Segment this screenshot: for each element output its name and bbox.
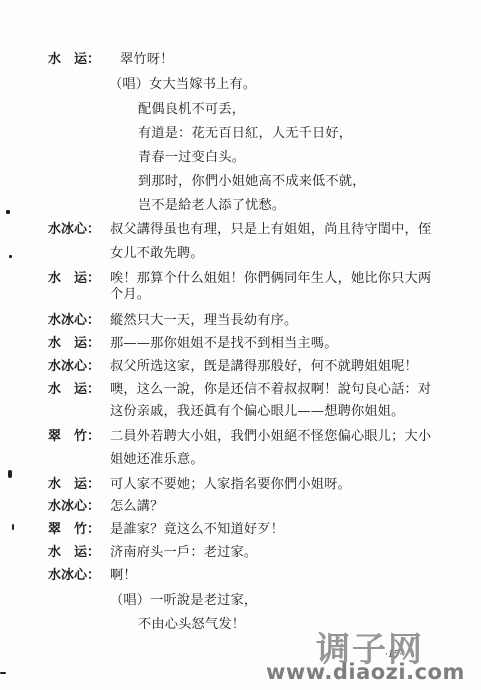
speaker-label: 翠 竹：	[48, 429, 116, 445]
dialogue-text: 那——那你姐姐不是找不到相当主嗎。	[110, 336, 338, 352]
song-text: （唱）一听說是老过家，	[110, 593, 257, 609]
song-text: 到那时，你們小姐她高不成来低不就，	[138, 174, 366, 190]
speaker-label: 水冰心：	[48, 222, 116, 238]
dialogue-text: 唉！那算个什么姐姐！你們俩同年生人，她比你只大两	[110, 271, 431, 287]
dialogue-text: 可人家不要她；人家指名要你們小姐呀。	[110, 477, 351, 493]
scan-mark	[9, 255, 12, 258]
scan-mark	[0, 672, 6, 674]
speaker-label: 水冰心：	[48, 568, 116, 584]
song-text: 有道是：花无百日紅，人无千日好，	[138, 126, 352, 142]
dialogue-text: 这份亲戚，我还眞有个偏心眼儿——想聘你姐姐。	[110, 404, 405, 420]
scan-mark	[8, 470, 12, 478]
song-text: 岂不是給老人添了忧愁。	[138, 198, 285, 214]
song-text: 青春一过变白头。	[138, 150, 245, 166]
speaker-label: 水 运：	[48, 271, 116, 287]
dialogue-text: 噢，这么一說，你是还信不着叔叔啊！說句良心話：对	[110, 382, 431, 398]
dialogue-text: 是誰家？竟这么不知道好歹！	[110, 522, 284, 538]
dialogue-text: 怎么講？	[110, 499, 164, 515]
dialogue-text: 济南府头一戶：老过家。	[110, 545, 257, 561]
dialogue-text: 个月。	[110, 287, 150, 303]
song-text: 不由心头怒气发！	[138, 617, 245, 633]
speaker-label: 水 运：	[48, 52, 116, 68]
dialogue-text: 二員外若聘大小姐，我們小姐絕不怪您偏心眼儿；大小	[110, 429, 431, 445]
dialogue-text: 叔父所选这家，旣是講得那般好，何不就聘姐姐呢！	[110, 359, 418, 375]
speaker-label: 水 运：	[48, 382, 116, 398]
speaker-label: 水冰心：	[48, 359, 116, 375]
dialogue-text: 翠竹呀！	[120, 52, 174, 68]
dialogue-text: 啊！	[110, 568, 137, 584]
scan-mark	[6, 210, 10, 214]
song-text: 配偶良机不可丢，	[138, 102, 245, 118]
scan-mark	[12, 524, 14, 530]
script-page: 水 运： 翠竹呀！ （唱）女大当嫁书上有。 配偶良机不可丢， 有道是：花无百日紅…	[0, 0, 481, 690]
speaker-label: 水 运：	[48, 477, 116, 493]
speaker-label: 翠 竹：	[48, 522, 116, 538]
dialogue-text: 姐她还准乐意。	[110, 452, 204, 468]
speaker-label: 水冰心：	[48, 313, 116, 329]
dialogue-text: 縱然只大一天，理当長幼有序。	[110, 313, 297, 329]
dialogue-text: 叔父講得虽也有理，只是上有姐姐，尚且待守閨中，侄	[110, 222, 431, 238]
speaker-label: 水冰心：	[48, 499, 116, 515]
speaker-label: 水 运：	[48, 545, 116, 561]
song-text: （唱）女大当嫁书上有。	[109, 77, 256, 93]
dialogue-text: 女儿不敢先聘。	[110, 246, 204, 262]
watermark-url: www.diaozi.com	[266, 660, 465, 684]
speaker-label: 水 运：	[48, 336, 116, 352]
